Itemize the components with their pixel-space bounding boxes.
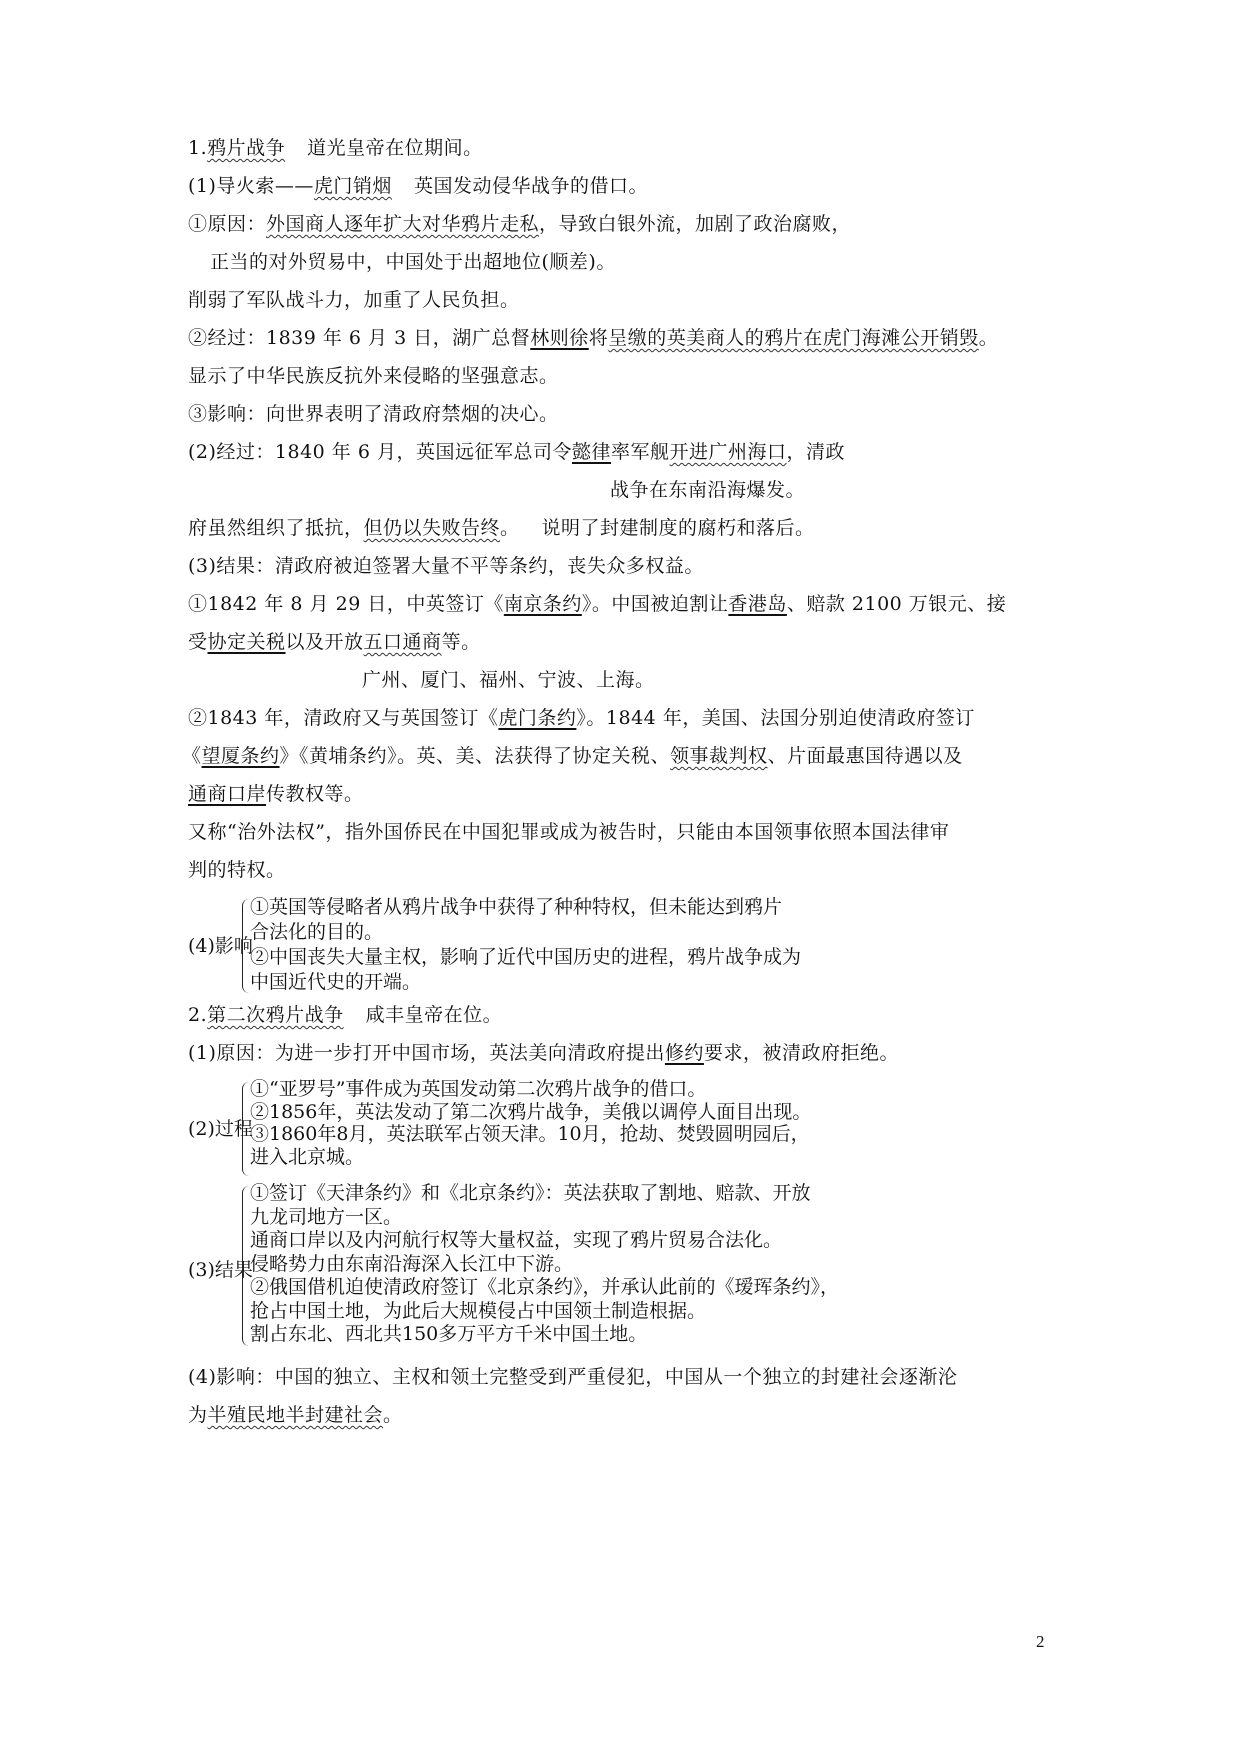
result-brace-block: (3)结果 ①签订《天津条约》和《北京条约》：英法获取了割地、赔款、开放 九龙司… [188, 1182, 948, 1352]
section1-heading: 1.鸦片战争道光皇帝在位期间。 [188, 136, 483, 160]
cause-continuation: 削弱了军队战斗力，加重了人民负担。 [188, 288, 520, 312]
section1-title: 鸦片战争 [207, 137, 285, 159]
ports-note: 广州、厦门、福州、宁波、上海。 [362, 668, 655, 692]
impact-brace-block: (4)影响 ①英国等侵略者从鸦片战争中获得了种种特权，但未能达到鸦片 合法化的目… [188, 895, 888, 1000]
war-process-line: (2)经过：1840 年 6 月，英国远征军总司令懿律率军舰开进广州海口，清政 [188, 440, 845, 464]
consular-note-1: 又称“治外法权”，指外国侨民在中国犯罪或成为被告时，只能由本国领事依照本国法律审 [188, 820, 949, 844]
section2-cause: (1)原因：为进一步打开中国市场，英法美向清政府提出修约要求，被清政府拒绝。 [188, 1041, 899, 1065]
process-line: ②经过：1839 年 6 月 3 日，湖广总督林则徐将呈缴的英美商人的鸦片在虎门… [188, 326, 998, 350]
process-brace-block: (2)过程 ①“亚罗号”事件成为英国发动第二次鸦片战争的借口。 ②1856年，英… [188, 1078, 888, 1183]
war-note: 战争在东南沿海爆发。 [610, 478, 805, 502]
section2-title: 第二次鸦片战争 [207, 1004, 344, 1026]
treaty-ports-line: 通商口岸传教权等。 [188, 782, 364, 806]
impact-items: ①英国等侵略者从鸦片战争中获得了种种特权，但未能达到鸦片 合法化的目的。 ②中国… [250, 895, 801, 995]
page-number: 2 [1036, 1632, 1045, 1652]
humen-treaty-line: ②1843 年，清政府又与英国签订《虎门条约》。1844 年，美国、法国分别迫使… [188, 706, 975, 730]
section2-impact: (4)影响：中国的独立、主权和领土完整受到严重侵犯，中国从一个独立的封建社会逐渐… [188, 1365, 957, 1389]
brace-icon [242, 899, 249, 993]
consular-note-2: 判的特权。 [188, 858, 286, 882]
section1-note: 道光皇帝在位期间。 [307, 137, 483, 159]
wangxia-treaty-line: 《望厦条约》《黄埔条约》。英、美、法获得了协定关税、领事裁判权、片面最惠国待遇以… [182, 744, 963, 768]
process-items: ①“亚罗号”事件成为英国发动第二次鸦片战争的借口。 ②1856年，英法发动了第二… [250, 1078, 811, 1168]
section2-heading: 2.第二次鸦片战争咸丰皇帝在位。 [188, 1003, 502, 1027]
cause-note: 正当的对外贸易中，中国处于出超地位(顺差)。 [210, 250, 616, 274]
result-title: (3)结果：清政府被迫签署大量不平等条约，丧失众多权益。 [188, 554, 704, 578]
impact1-line: ③影响：向世界表明了清政府禁烟的决心。 [188, 402, 559, 426]
brace-icon [242, 1186, 249, 1346]
nanjing-treaty-line-2: 受协定关税以及开放五口通商等。 [188, 630, 481, 654]
section2-impact-2: 为半殖民地半封建社会。 [188, 1403, 403, 1427]
fuse-line: (1)导火索——虎门销烟英国发动侵华战争的借口。 [188, 174, 648, 198]
brace-icon [242, 1082, 249, 1176]
war-continuation: 府虽然组织了抵抗，但仍以失败告终。说明了封建制度的腐朽和落后。 [188, 516, 815, 540]
result-items: ①签订《天津条约》和《北京条约》：英法获取了割地、赔款、开放 九龙司地方一区。 … [250, 1182, 839, 1347]
nanjing-treaty-line: ①1842 年 8 月 29 日，中英签订《南京条约》。中国被迫割让香港岛、赔款… [188, 592, 1006, 616]
process-note: 显示了中华民族反抗外来侵略的坚强意志。 [188, 364, 559, 388]
cause-line: ①原因：外国商人逐年扩大对华鸦片走私，导致白银外流，加剧了政治腐败， [188, 212, 851, 236]
